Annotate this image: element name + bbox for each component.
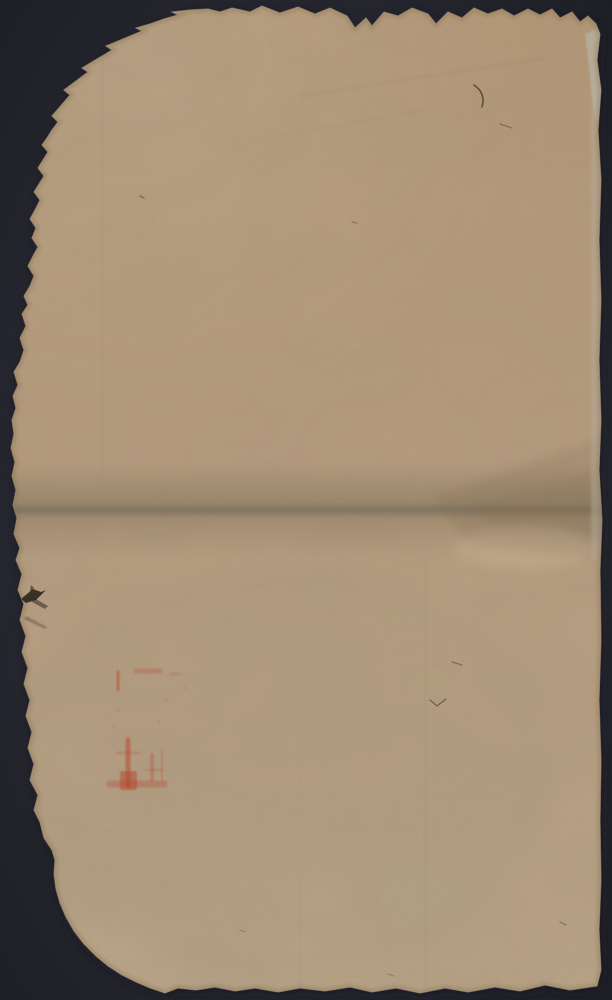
seal-dot <box>116 708 120 712</box>
seal-dense-blob <box>120 771 137 790</box>
stain-light-patch <box>455 526 595 570</box>
vertical-line <box>101 55 104 475</box>
vertical-line <box>299 640 301 990</box>
scanned-document-page <box>0 0 612 1000</box>
seal-dot <box>184 686 188 690</box>
paper-surface-details <box>0 0 612 1000</box>
seal-dot <box>164 698 168 702</box>
seal-dot <box>157 720 161 724</box>
seal-dot <box>112 726 116 730</box>
scan-canvas <box>0 0 612 1000</box>
vertical-line <box>424 556 427 986</box>
